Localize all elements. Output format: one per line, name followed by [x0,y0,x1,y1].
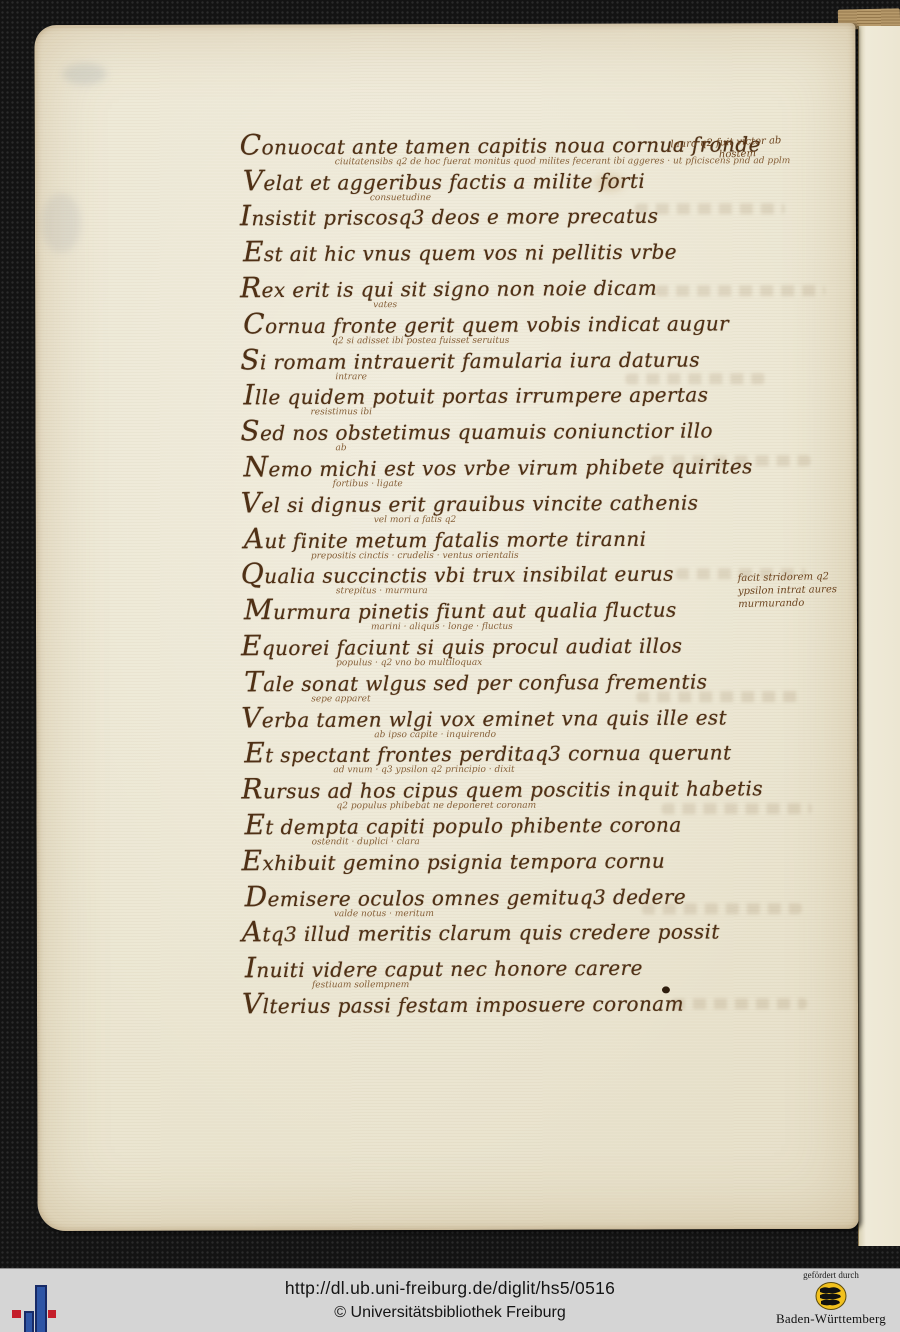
footer-bar: http://dl.ub.uni-freiburg.de/diglit/hs5/… [0,1268,900,1332]
verse-line: abNemo michi est vos vrbe virum phibete … [244,445,841,482]
verse-text: Tale sonat wlgus sed per confusa frement… [244,662,707,698]
verse-line: vatesCornua fronte gerit quem vobis indi… [243,302,840,339]
verse-text: Qualia succinctis vbi trux insibilat eur… [241,555,674,591]
verse-text: Atq3 illud meritis clarum quis credere p… [242,913,720,949]
copyright-line: © Universitätsbibliothek Freiburg [0,1304,900,1322]
verse-text: Insistit priscosq3 deos e more precatus [240,197,659,233]
verse-line: Rex erit is qui sit signo non noie dicam [240,266,840,303]
verse-line: intrareIlle quidem potuit portas irrumpe… [243,374,840,411]
verse-line: ciuitatensibs q2 de hoc fuerat monitus q… [243,159,840,196]
verse-text: Murmura pinetis fiunt aut qualia fluctus [244,591,677,627]
verse-text: Si romam intrauerit famularia iura datur… [240,340,700,376]
margin-note-line: ypsilon intrat aures [738,583,837,598]
verse-line: consuetudineInsistit priscosq3 deos e mo… [240,195,840,232]
verse-line: Demisere oculos omnes gemituq3 dedere [245,875,842,912]
verse-text: Nemo michi est vos vrbe virum phibete qu… [243,447,752,483]
verse-line: fortibus · ligateVel si dignus erit grau… [241,481,841,518]
paper-stain [41,193,81,253]
verse-line: vel mori a fatis q2Aut finite metum fata… [244,517,841,554]
verse-text: Sed nos obstetimus quamuis coniunctior i… [240,412,713,448]
verse-text: Exhibuit gemino psignia tempora cornu [242,841,666,877]
funding-region: Baden-Württemberg [768,1311,894,1327]
ink-dot [662,986,670,993]
verse-line: Inuiti videre caput nec honore carere [245,946,842,983]
verse-text: Ille quidem potuit portas irrumpere aper… [243,376,708,412]
verse-text: Vel si dignus erit grauibus vincite cath… [241,483,699,519]
facing-page-edge [858,26,900,1246]
margin-note-mid-right: facit stridorem q2ypsilon intrat auresmu… [738,570,838,611]
margin-note-top-right: lauro q2 fuit victor abhostem [670,135,782,163]
verse-line: Est ait hic vnus quem vos ni pellitis vr… [243,230,840,267]
verse-text: Et dempta capiti populo phibente corona [244,806,681,842]
verse-line: q2 populus phibebat ne deponeret coronam… [244,803,841,840]
source-url: http://dl.ub.uni-freiburg.de/diglit/hs5/… [0,1278,900,1299]
verse-text: Vlterius passi festam imposuere coronam [242,985,684,1021]
verse-text: Rex erit is qui sit signo non noie dicam [240,269,657,305]
verse-line: valde notus · meritumAtq3 illud meritis … [242,910,842,947]
manuscript-page: Conuocat ante tamen capitis noua cornua … [34,23,858,1231]
verse-text: Est ait hic vnus quem vos ni pellitis vr… [243,233,677,269]
verse-line: ostendit · duplici · claraExhibuit gemin… [242,839,842,876]
verse-text: Equorei faciunt si quis procul audiat il… [241,627,683,663]
baden-wuerttemberg-logo: gefördert durch Baden-Württemberg [768,1270,894,1332]
verse-line: q2 si adisset ibi postea fuisset seruitu… [240,338,840,375]
verse-line: marini · aliquis · longe · fluctusEquore… [241,624,841,661]
verse-line: festiuam sollempnemVlterius passi festam… [242,982,842,1019]
margin-note-line: hostem [719,147,782,161]
verse-text: Aut finite metum fatalis morte tiranni [244,519,647,554]
verse-line: populus · q2 vno bo multiloquaxTale sona… [244,660,841,697]
verse-line: ad vnum · q3 ypsilon q2 principio · dixi… [241,767,841,804]
margin-note-line: murmurando [738,596,837,611]
verse-text: Velat et aggeribus factis a milite forti [243,161,646,196]
manuscript-photo: Conuocat ante tamen capitis noua cornua … [0,0,900,1268]
verse-line: ab ipso capite · inquirendoEt spectant f… [244,732,841,769]
verse-line: resistimus ibiSed nos obstetimus quamuis… [240,409,840,446]
funding-label: gefördert durch [768,1270,894,1280]
verse-line: sepe apparetVerba tamen wlgi vox eminet … [241,696,841,733]
bw-coat-of-arms-icon [812,1281,850,1311]
paper-stain [63,63,107,85]
verse-text: Demisere oculos omnes gemituq3 dedere [245,877,687,913]
verse-text: Inuiti videre caput nec honore carere [245,949,643,984]
